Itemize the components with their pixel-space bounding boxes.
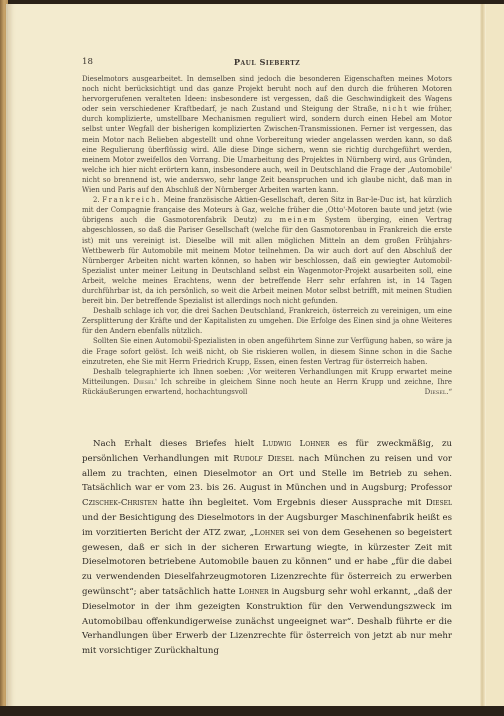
book-bottom-edge: [0, 706, 504, 716]
spaced-emphasis: meinem: [280, 216, 318, 224]
body-text-run: hatte ihn begleitet. Vom Ergebnis dieser…: [162, 498, 422, 508]
name-rudolf-diesel: Rudolf Diesel: [233, 454, 293, 464]
page-header: 18 Paul Siebertz: [82, 57, 452, 71]
name-ludwig-lohner: Ludwig Lohner: [262, 439, 329, 449]
name-lohner: Lohner: [254, 528, 284, 538]
facing-page-edge: [486, 4, 504, 708]
quote-paragraph-4: Sollten Sie einen Automobil-Spezialisten…: [82, 336, 452, 366]
quote-paragraph-1: Dieselmotors ausgearbeitet. In demselben…: [82, 74, 452, 195]
signature: Diesel.“: [414, 387, 452, 397]
running-head: Paul Siebertz: [82, 57, 452, 67]
name-czischek-christen: Czischek-Christen: [82, 498, 157, 508]
name-diesel: Diesel: [426, 498, 452, 508]
body-text-run: Nach Erhalt dieses Briefes hielt: [93, 439, 254, 449]
name-diesel: Diesel: [133, 378, 155, 386]
quote-paragraph-5: Deshalb telegraphierte ich Ihnen soeben:…: [82, 367, 452, 397]
spaced-emphasis: Frankreich.: [102, 196, 161, 204]
body-paragraph: Nach Erhalt dieses Briefes hielt Ludwig …: [82, 437, 452, 659]
quote-text: System überging, einen Vertrag abgeschlo…: [82, 216, 452, 305]
list-number: 2.: [93, 196, 100, 204]
name-lohner: Lohner: [239, 587, 269, 597]
quoted-letter: Dieselmotors ausgearbeitet. In demselben…: [82, 74, 452, 397]
quote-paragraph-3: Deshalb schlage ich vor, die drei Sachen…: [82, 306, 452, 336]
spaced-emphasis: nicht: [383, 105, 409, 113]
body-text: Nach Erhalt dieses Briefes hielt Ludwig …: [82, 437, 452, 659]
body-text-run: in Augsburg sehr wohl erkannt, „daß der …: [82, 587, 452, 656]
quote-paragraph-2: 2. Frankreich. Meine französische Aktien…: [82, 195, 452, 306]
quote-text: wie früher, durch komplizierte, umstellb…: [82, 105, 452, 194]
page-gutter: [480, 4, 485, 708]
